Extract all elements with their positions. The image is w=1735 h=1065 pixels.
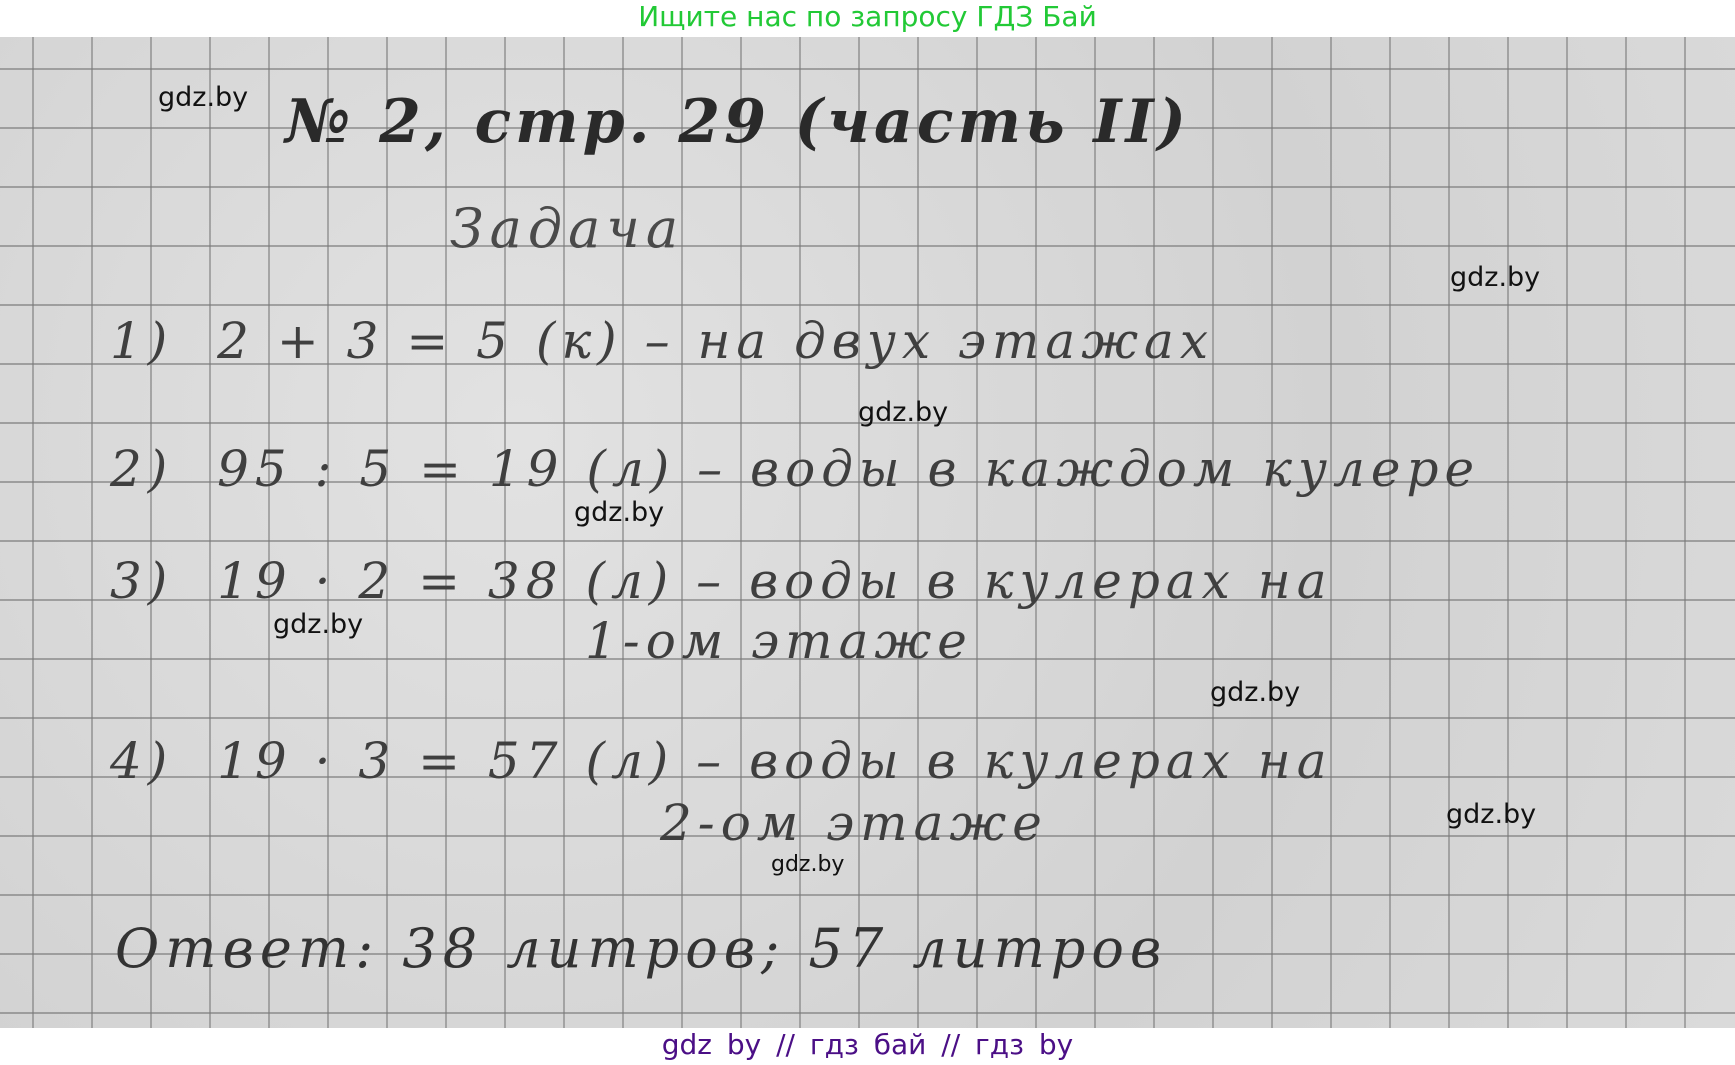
answer-line: Ответ: 38 литров; 57 литров: [115, 917, 1167, 980]
task-heading: Задача: [450, 197, 684, 260]
step-text: 19 · 2 = 38 (л) – воды в кулерах на: [217, 552, 1332, 610]
watermark: gdz.by: [858, 397, 948, 428]
step-4-continuation: 2-ом этаже: [660, 794, 1048, 852]
notebook-page: № 2, стр. 29 (часть II) Задача 1) 2 + 3 …: [0, 37, 1735, 1028]
step-text: 2 + 3 = 5 (к) – на двух этажах: [217, 312, 1214, 370]
step-text: 95 : 5 = 19 (л) – воды в каждом кулере: [217, 440, 1480, 498]
step-4: 4) 19 · 3 = 57 (л) – воды в кулерах на: [110, 732, 1333, 790]
watermark: gdz.by: [273, 609, 363, 640]
search-banner: Ищите нас по запросу ГДЗ Бай: [0, 0, 1735, 37]
task-title: № 2, стр. 29 (часть II): [285, 87, 1190, 157]
step-number: 1): [110, 312, 173, 370]
footer-branding: gdz by // гдз бай // гдз by: [0, 1028, 1735, 1065]
watermark: gdz.by: [1210, 677, 1300, 708]
watermark: gdz.by: [1446, 799, 1536, 830]
watermark: gdz.by: [158, 82, 248, 113]
step-3-continuation: 1-ом этаже: [585, 612, 973, 670]
watermark: gdz.by: [771, 852, 844, 877]
step-1: 1) 2 + 3 = 5 (к) – на двух этажах: [110, 312, 1214, 370]
watermark: gdz.by: [574, 497, 664, 528]
step-2: 2) 95 : 5 = 19 (л) – воды в каждом кулер…: [110, 440, 1480, 498]
step-text: 19 · 3 = 57 (л) – воды в кулерах на: [217, 732, 1332, 790]
step-number: 2): [110, 440, 173, 498]
step-3: 3) 19 · 2 = 38 (л) – воды в кулерах на: [110, 552, 1333, 610]
step-number: 3): [110, 552, 173, 610]
step-number: 4): [110, 732, 173, 790]
watermark: gdz.by: [1450, 262, 1540, 293]
